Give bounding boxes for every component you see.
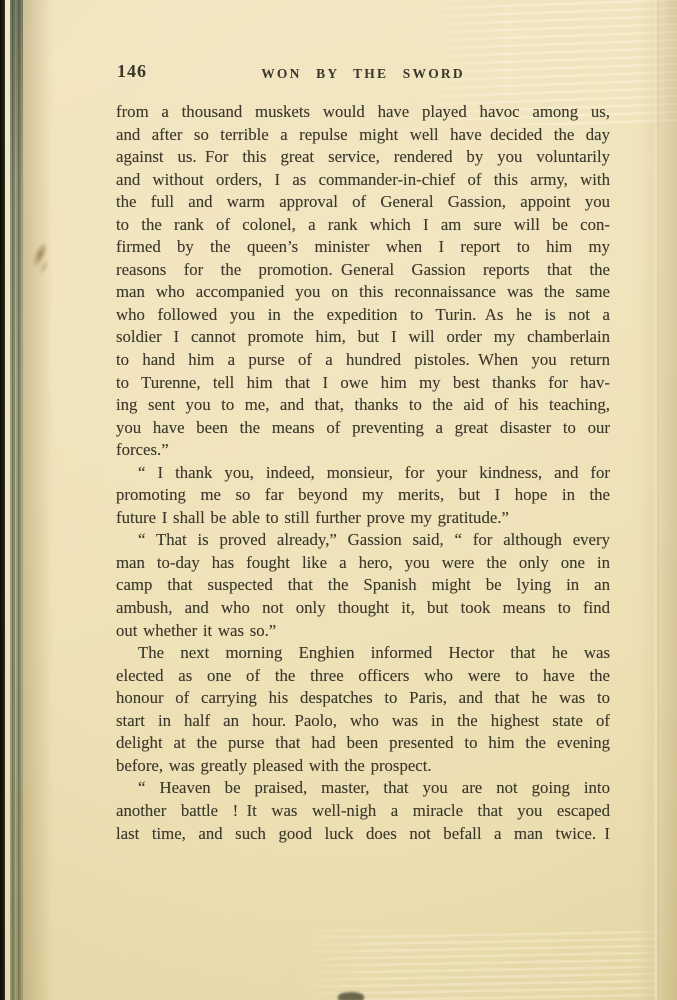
page-right-shade xyxy=(637,0,677,1000)
text-line: against us. For this great service, rend… xyxy=(116,146,610,169)
page-body: from a thousand muskets would have playe… xyxy=(116,101,610,845)
text-line: man who accompanied you on this reconnai… xyxy=(116,281,610,304)
text-line: delight at the purse that had been prese… xyxy=(116,732,610,755)
text-line: “ Heaven be praised, master, that you ar… xyxy=(116,777,610,800)
text-line: honour of carrying his despatches to Par… xyxy=(116,687,610,710)
text-line: ing sent you to me, and that, thanks to … xyxy=(116,394,610,417)
text-line: out whether it was so.” xyxy=(116,620,610,643)
scanned-book-page: 146 WON BY THE SWORD from a thousand mus… xyxy=(0,0,677,1000)
text-line: future I shall be able to still further … xyxy=(116,507,610,530)
text-line: and after so terrible a repulse might we… xyxy=(116,124,610,147)
text-line: forces.” xyxy=(116,439,610,462)
text-line: the full and warm approval of General Ga… xyxy=(116,191,610,214)
text-line: and without orders, I as commander-in-ch… xyxy=(116,169,610,192)
binding-edge-green-shading xyxy=(10,0,23,1000)
text-line: reasons for the promotion. General Gassi… xyxy=(116,259,610,282)
text-line: to hand him a purse of a hundred pistole… xyxy=(116,349,610,372)
gutter-shadow xyxy=(23,0,53,1000)
text-line: “ I thank you, indeed, monsieur, for you… xyxy=(116,462,610,485)
text-line: ambush, and who not only thought it, but… xyxy=(116,597,610,620)
text-line: from a thousand muskets would have playe… xyxy=(116,101,610,124)
text-line: to the rank of colonel, a rank which I a… xyxy=(116,214,610,237)
scan-streaks-bottom xyxy=(290,930,670,1000)
text-line: “ That is proved already,” Gassion said,… xyxy=(116,529,610,552)
bottom-edge-mark xyxy=(338,992,364,1000)
text-line: The next morning Enghien informed Hector… xyxy=(116,642,610,665)
text-line: firmed by the queen’s minister when I re… xyxy=(116,236,610,259)
text-line: last time, and such good luck does not b… xyxy=(116,823,610,846)
text-line: you have been the means of preventing a … xyxy=(116,417,610,440)
text-line: soldier I cannot promote him, but I will… xyxy=(116,326,610,349)
running-title: WON BY THE SWORD xyxy=(116,66,610,82)
text-line: another battle ! It was well-nigh a mira… xyxy=(116,800,610,823)
text-line: promoting me so far beyond my merits, bu… xyxy=(116,484,610,507)
text-line: elected as one of the three officers who… xyxy=(116,665,610,688)
text-line: camp that suspected that the Spanish mig… xyxy=(116,574,610,597)
text-line: before, was greatly pleased with the pro… xyxy=(116,755,610,778)
text-line: man to-day has fought like a hero, you w… xyxy=(116,552,610,575)
text-line: to Turenne, tell him that I owe him my b… xyxy=(116,372,610,395)
text-line: who followed you in the expedition to Tu… xyxy=(116,304,610,327)
text-line: start in half an hour. Paolo, who was in… xyxy=(116,710,610,733)
